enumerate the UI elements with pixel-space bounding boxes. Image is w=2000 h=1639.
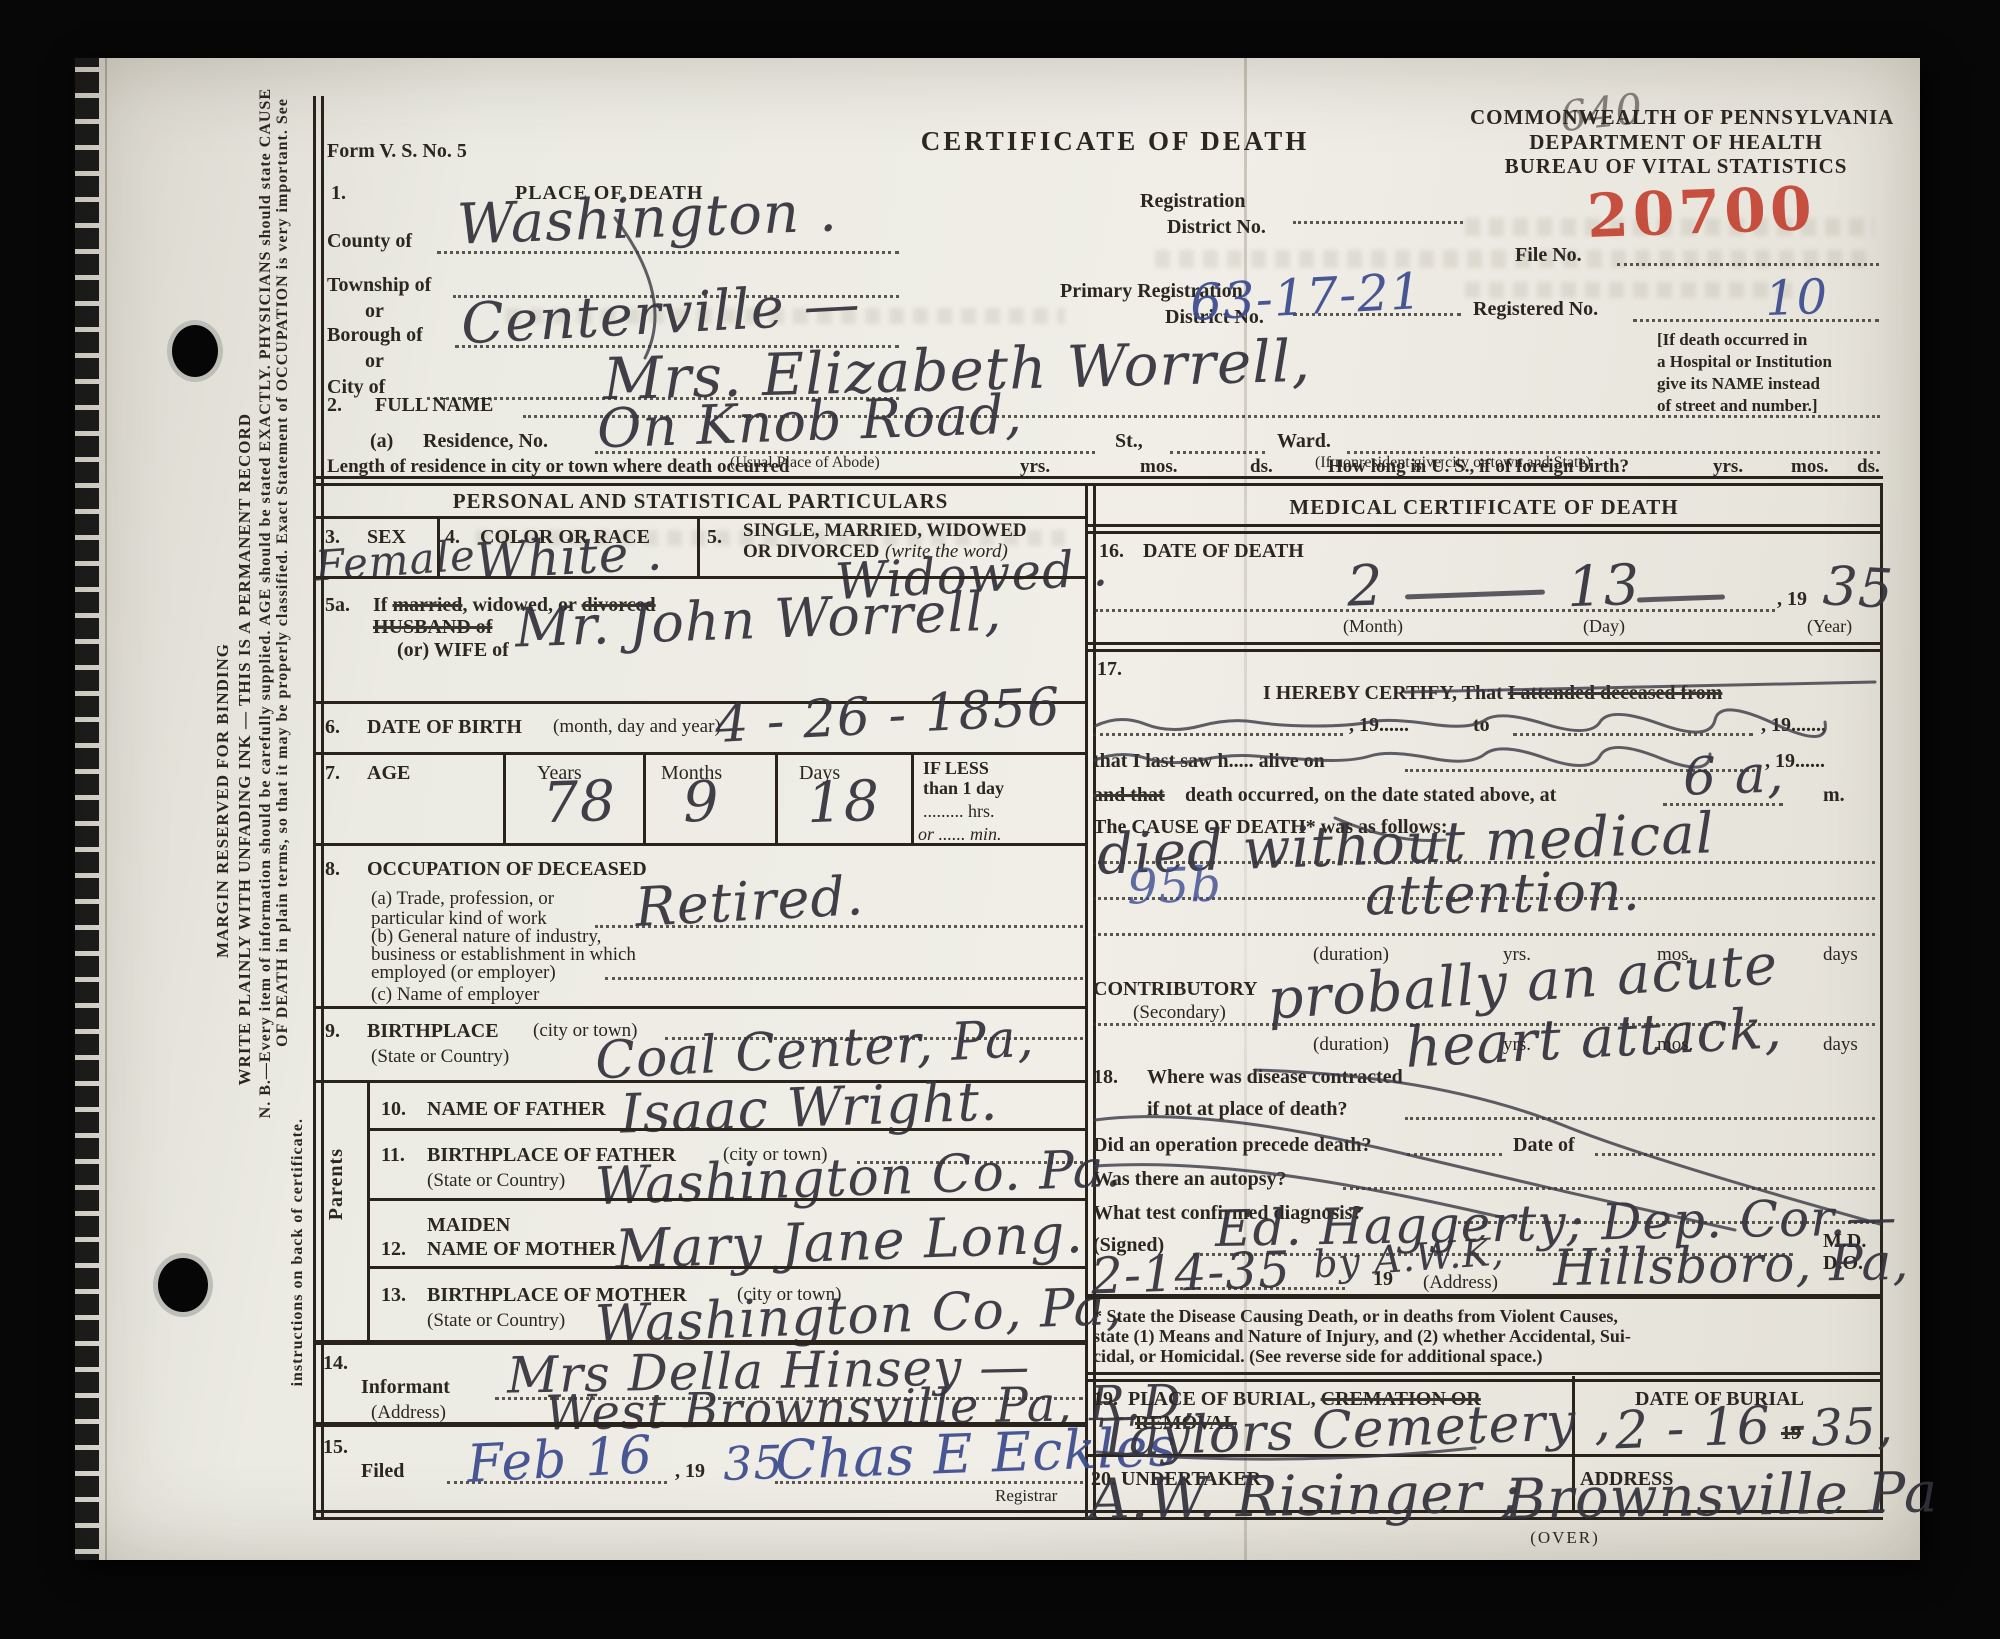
- torn-binding-edge: [73, 58, 99, 1560]
- section-8-number: 8.: [325, 858, 340, 880]
- line2-19: , 19......: [1349, 714, 1409, 736]
- father-label: NAME OF FATHER: [427, 1098, 606, 1120]
- certify-text: I HEREBY CERTIFY, That: [1263, 682, 1503, 704]
- full-name-label: FULL NAME: [375, 394, 493, 416]
- medical-certificate-title: MEDICAL CERTIFICATE OF DEATH: [1088, 496, 1880, 520]
- hospital-note-2: a Hospital or Institution: [1657, 352, 1832, 371]
- day-caption: (Day): [1583, 616, 1625, 636]
- dotted-leader: [1093, 1020, 1875, 1026]
- registered-no-label: Registered No.: [1473, 298, 1598, 320]
- ds-label: ds.: [1857, 456, 1880, 477]
- disease-contracted-label: Where was disease contracted: [1147, 1066, 1403, 1088]
- section-16-number: 16.: [1099, 540, 1124, 562]
- dotted-leader: [1293, 218, 1463, 224]
- certificate-title: CERTIFICATE OF DEATH: [915, 126, 1315, 156]
- mos-label: mos.: [1791, 456, 1828, 477]
- sig-address-label: (Address): [1423, 1272, 1498, 1293]
- father-value: Isaac Wright.: [619, 1069, 999, 1145]
- dod-19-label: , 19: [1777, 588, 1807, 610]
- year-caption: (Year): [1807, 616, 1852, 636]
- cause-code-value: 95b: [1126, 856, 1223, 915]
- occupation-value: Retired.: [634, 864, 866, 939]
- autopsy-label: Was there an autopsy?: [1093, 1168, 1287, 1190]
- dotted-leader: [1617, 260, 1879, 266]
- last-saw-label: that I last saw h..... alive on: [1093, 750, 1325, 772]
- date-of-label: Date of: [1513, 1134, 1575, 1156]
- line2-19b: , 19......,: [1761, 714, 1826, 736]
- residence-a: (a): [370, 430, 393, 452]
- cell-divider: [775, 755, 778, 843]
- or-label: or: [365, 300, 384, 322]
- footnote-line-2: state (1) Means and Nature of Injury, an…: [1093, 1326, 1631, 1346]
- duration-mos: mos.: [1657, 1034, 1693, 1055]
- section-6-number: 6.: [325, 716, 340, 738]
- dotted-leader: [1633, 316, 1879, 322]
- rule: [367, 1128, 1088, 1131]
- dotted-leader: [1095, 606, 1775, 612]
- scanned-death-certificate: MARGIN RESERVED FOR BINDING WRITE PLAINL…: [0, 0, 2000, 1639]
- time-of-death-value: 6 a,: [1682, 744, 1785, 807]
- hospital-note-3: give its NAME instead: [1657, 374, 1820, 393]
- operation-label: Did an operation precede death?: [1093, 1134, 1372, 1156]
- cause-value-line2: attention.: [1364, 860, 1641, 928]
- registration-label-2: District No.: [1167, 216, 1266, 238]
- section-13-number: 13.: [381, 1284, 406, 1306]
- occ-c: (c) Name of employer: [371, 984, 539, 1005]
- agency-line-1: COMMONWEALTH OF PENNSYLVANIA: [1470, 106, 1882, 130]
- occ-a1: (a) Trade, profession, or: [371, 888, 554, 909]
- section-18-number: 18.: [1093, 1066, 1118, 1088]
- dob-value: 4 - 26 - 1856: [714, 677, 1063, 755]
- filed-label: Filed: [361, 1460, 404, 1482]
- informant-address-label: (Address): [371, 1402, 446, 1423]
- contributory-label: CONTRIBUTORY: [1093, 978, 1258, 1000]
- filed-date-value: Feb 16: [466, 1425, 655, 1495]
- if-less-label-1: IF LESS: [923, 758, 989, 778]
- certificate-paper: MARGIN RESERVED FOR BINDING WRITE PLAINL…: [75, 58, 1920, 1560]
- maiden-label: MAIDEN: [427, 1214, 510, 1236]
- margin-nb-note-line1: N. B.—Every item of information should b…: [257, 88, 275, 1118]
- paper-fold-line: [105, 58, 107, 1560]
- undertaker-address-value: Brownsville Pa: [1504, 1460, 1938, 1533]
- section-5a-number: 5a.: [325, 594, 350, 616]
- wife-of-label: (or) WIFE of: [397, 639, 509, 661]
- footnote-line-1: * State the Disease Causing Death, or in…: [1093, 1306, 1618, 1326]
- section-19-number: 19.: [1093, 1388, 1118, 1410]
- duration-days: days: [1823, 1034, 1858, 1055]
- dotted-leader: [1170, 448, 1265, 454]
- undertaker-value: A.W. Risinger ;: [1088, 1460, 1521, 1533]
- length-residence-label: Length of residence in city or town wher…: [327, 456, 789, 477]
- or-label: or: [365, 350, 384, 372]
- age-days-value: 18: [806, 769, 881, 837]
- date-of-death-label: DATE OF DEATH: [1143, 540, 1304, 562]
- ink-dash: [1405, 590, 1545, 600]
- ink-bleed-through: [1465, 282, 1795, 298]
- certify-line: I HEREBY CERTIFY, That I attended deceas…: [1263, 682, 1722, 704]
- section-7-number: 7.: [325, 762, 340, 784]
- heavy-rule: [1088, 1294, 1880, 1299]
- not-at-place-label: if not at place of death?: [1147, 1098, 1348, 1120]
- rule: [367, 1266, 1088, 1269]
- county-label: County of: [327, 230, 412, 252]
- burial-date-value: 2 - 16 -: [1614, 1395, 1808, 1462]
- cell-divider: [437, 519, 440, 576]
- occupation-label: OCCUPATION OF DECEASED: [367, 858, 647, 880]
- mos-label: mos.: [1140, 456, 1177, 477]
- birthplace-note2: (State or Country): [371, 1046, 509, 1067]
- dob-note: (month, day and year): [553, 716, 721, 737]
- rule: [1088, 1454, 1880, 1457]
- over-label: (OVER): [1475, 1528, 1655, 1547]
- duration-label: (duration): [1313, 1034, 1389, 1055]
- street-label: St.,: [1115, 430, 1143, 452]
- agency-line-3: BUREAU OF VITAL STATISTICS: [1470, 155, 1882, 179]
- spouse-value: Mr. John Worrell,: [514, 580, 1003, 660]
- dotted-leader: [1407, 1150, 1502, 1156]
- section-10-number: 10.: [381, 1098, 406, 1120]
- month-caption: (Month): [1343, 616, 1403, 636]
- section-9-number: 9.: [325, 1020, 340, 1042]
- race-value: White .: [474, 523, 665, 591]
- residence-label: Residence, No.: [423, 430, 548, 452]
- father-birthplace-note2: (State or Country): [427, 1170, 565, 1191]
- dotted-leader: [605, 974, 1083, 980]
- section-12-number: 12.: [381, 1238, 406, 1260]
- registrar-label: Registrar: [995, 1486, 1057, 1505]
- footnote-line-3: cidal, or Homicidal. (See reverse side f…: [1093, 1346, 1542, 1366]
- personal-particulars-title: PERSONAL AND STATISTICAL PARTICULARS: [313, 490, 1088, 514]
- informant-label: Informant: [361, 1376, 450, 1398]
- certify-struck: I attended deceased from: [1508, 682, 1723, 704]
- dotted-leader: [1175, 1284, 1345, 1290]
- yrs-label: yrs.: [1020, 456, 1050, 477]
- age-label: AGE: [367, 762, 410, 784]
- section-5-number: 5.: [707, 526, 722, 548]
- rule: [313, 516, 1088, 519]
- duration-yrs: yrs.: [1503, 1034, 1531, 1055]
- section-1-number: 1.: [331, 182, 346, 204]
- yrs-label: yrs.: [1713, 456, 1743, 477]
- file-no-label: File No.: [1515, 244, 1582, 266]
- section-4-number: 4.: [445, 526, 460, 548]
- dotted-leader: [1093, 730, 1343, 736]
- rule: [313, 576, 1088, 579]
- m-label: m.: [1823, 784, 1845, 806]
- line2-to: to: [1473, 714, 1490, 736]
- primary-district-number: 63-17-21: [1189, 262, 1424, 332]
- township-label: Township of: [327, 274, 431, 296]
- sig-address-value: Hillsboro, Pa,: [1553, 1233, 1910, 1297]
- birthplace-label: BIRTHPLACE: [367, 1020, 499, 1042]
- sig-19-label: 19: [1373, 1268, 1393, 1290]
- dotted-leader: [1595, 1150, 1875, 1156]
- burial-19-struck: 19: [1781, 1422, 1801, 1444]
- burial-year-value: 35,: [1810, 1397, 1895, 1458]
- age-months-value: 9: [682, 769, 721, 835]
- how-long-label: How long in U. S., if of foreign birth?: [1328, 456, 1629, 477]
- section-17-number: 17.: [1097, 658, 1122, 680]
- margin-binding-note: MARGIN RESERVED FOR BINDING: [213, 643, 233, 958]
- duration-days: days: [1823, 944, 1858, 965]
- cell-divider: [643, 755, 646, 843]
- margin-ink-note: WRITE PLAINLY WITH UNFADING INK — THIS I…: [235, 413, 255, 1085]
- s5a-if: If: [373, 594, 387, 616]
- occ-b3: employed (or employer): [371, 962, 556, 983]
- ward-label: Ward.: [1277, 430, 1331, 452]
- cell-divider: [503, 755, 506, 843]
- double-rule: [1088, 1372, 1880, 1382]
- mother-label: NAME OF MOTHER: [427, 1238, 616, 1260]
- registered-no-value: 10: [1764, 269, 1829, 327]
- certificate-number-stamp: 20700: [1586, 176, 1817, 251]
- filed-19-label: , 19: [675, 1460, 705, 1482]
- hrs-label: ......... hrs.: [923, 801, 995, 821]
- agency-line-2: DEPARTMENT OF HEALTH: [1470, 131, 1882, 155]
- marital-label-1: SINGLE, MARRIED, WIDOWED: [743, 520, 1027, 541]
- county-value: Washington .: [456, 179, 839, 257]
- ds-label: ds.: [1250, 456, 1273, 477]
- hospital-note-1: [If death occurred in: [1657, 330, 1807, 349]
- dotted-leader: [1513, 730, 1753, 736]
- section-14-number: 14.: [323, 1352, 348, 1374]
- section-11-number: 11.: [381, 1144, 405, 1166]
- rule: [313, 843, 1088, 846]
- cell-divider: [911, 755, 914, 843]
- death-occurred-label: death occurred, on the date stated above…: [1185, 784, 1556, 806]
- section-2-number: 2.: [327, 394, 342, 416]
- dotted-leader: [1405, 1114, 1875, 1120]
- margin-nb-note-line3: instructions on back of certificate.: [289, 1118, 307, 1386]
- margin-nb-note-line2: OF DEATH in plain terms, so that it may …: [274, 98, 292, 1047]
- rule: [313, 752, 1088, 755]
- s5a-married-struck: married: [392, 594, 462, 616]
- mother-birthplace-note2: (State or Country): [427, 1310, 565, 1331]
- form-number: Form V. S. No. 5: [327, 140, 467, 162]
- death-year-value: 35: [1821, 554, 1895, 621]
- parents-box-line: [367, 1080, 370, 1340]
- husband-of-label-struck: HUSBAND of: [373, 616, 492, 638]
- rule: [367, 1198, 1088, 1201]
- punch-hole-top: [167, 320, 223, 382]
- section-15-number: 15.: [323, 1436, 348, 1458]
- borough-label: Borough of: [327, 324, 423, 346]
- parents-label: Parents: [325, 1148, 348, 1220]
- ink-dash: [1637, 594, 1725, 602]
- cell-divider: [697, 519, 700, 576]
- min-label: or ...... min.: [918, 824, 1002, 844]
- if-less-label-2: than 1 day: [923, 778, 1004, 798]
- form-left-border: [313, 96, 324, 1520]
- main-divider-rule: [313, 476, 1883, 486]
- age-years-value: 78: [542, 769, 617, 837]
- form-right-border: [1880, 486, 1883, 1510]
- and-that-struck: and that: [1093, 784, 1165, 806]
- registration-label-1: Registration: [1140, 190, 1246, 212]
- rule: [313, 1006, 1088, 1009]
- double-rule: [1088, 524, 1880, 534]
- dob-label: DATE OF BIRTH: [367, 716, 522, 738]
- punch-hole-bottom: [153, 1253, 213, 1317]
- double-rule: [1088, 642, 1880, 652]
